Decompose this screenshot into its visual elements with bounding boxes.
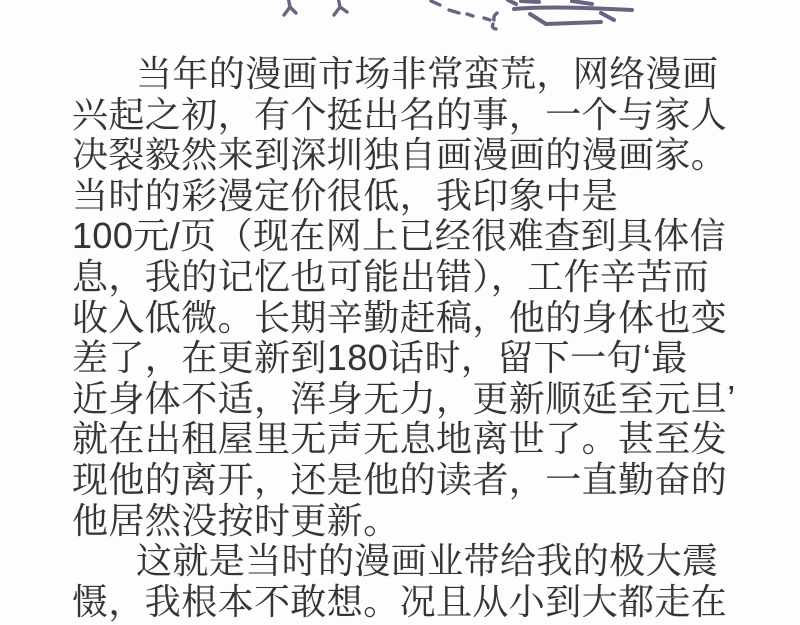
figure-legs-icon <box>284 0 347 15</box>
narration-text: 当年的漫画市场非常蛮荒，网络漫画 兴起之初，有个挺出名的事，一个与家人 决裂毅然… <box>72 54 742 622</box>
text-line: 慑，我根本不敢想。况且从小到大都走在 <box>72 582 742 623</box>
text-line: 当年的漫画市场非常蛮荒，网络漫画 <box>72 54 742 95</box>
text-line: 100元/页（现在网上已经很难查到具体信 <box>72 216 742 257</box>
table-sketch-drawing <box>0 0 800 60</box>
comic-page: 当年的漫画市场非常蛮荒，网络漫画 兴起之初，有个挺出名的事，一个与家人 决裂毅然… <box>0 0 800 625</box>
text-line: 这就是当时的漫画业带给我的极大震 <box>72 541 742 582</box>
dash-trail-icon <box>431 1 497 29</box>
text-line: 当时的彩漫定价很低，我印象中是 <box>72 176 742 217</box>
text-line: 息，我的记忆也可能出错），工作辛苦而 <box>72 257 742 298</box>
text-line: 收入低微。长期辛勤赶稿，他的身体也变 <box>72 298 742 339</box>
low-table-icon <box>508 0 632 24</box>
text-line: 他居然没按时更新。 <box>72 501 742 542</box>
text-line: 就在出租屋里无声无息地离世了。甚至发 <box>72 419 742 460</box>
text-line: 现他的离开，还是他的读者，一直勤奋的 <box>72 460 742 501</box>
text-line: 近身体不适，浑身无力，更新顺延至元旦’ <box>72 379 742 420</box>
text-line: 差了，在更新到180话时，留下一句‘最 <box>72 338 742 379</box>
text-line: 决裂毅然来到深圳独自画漫画的漫画家。 <box>72 135 742 176</box>
text-line: 兴起之初，有个挺出名的事，一个与家人 <box>72 95 742 136</box>
